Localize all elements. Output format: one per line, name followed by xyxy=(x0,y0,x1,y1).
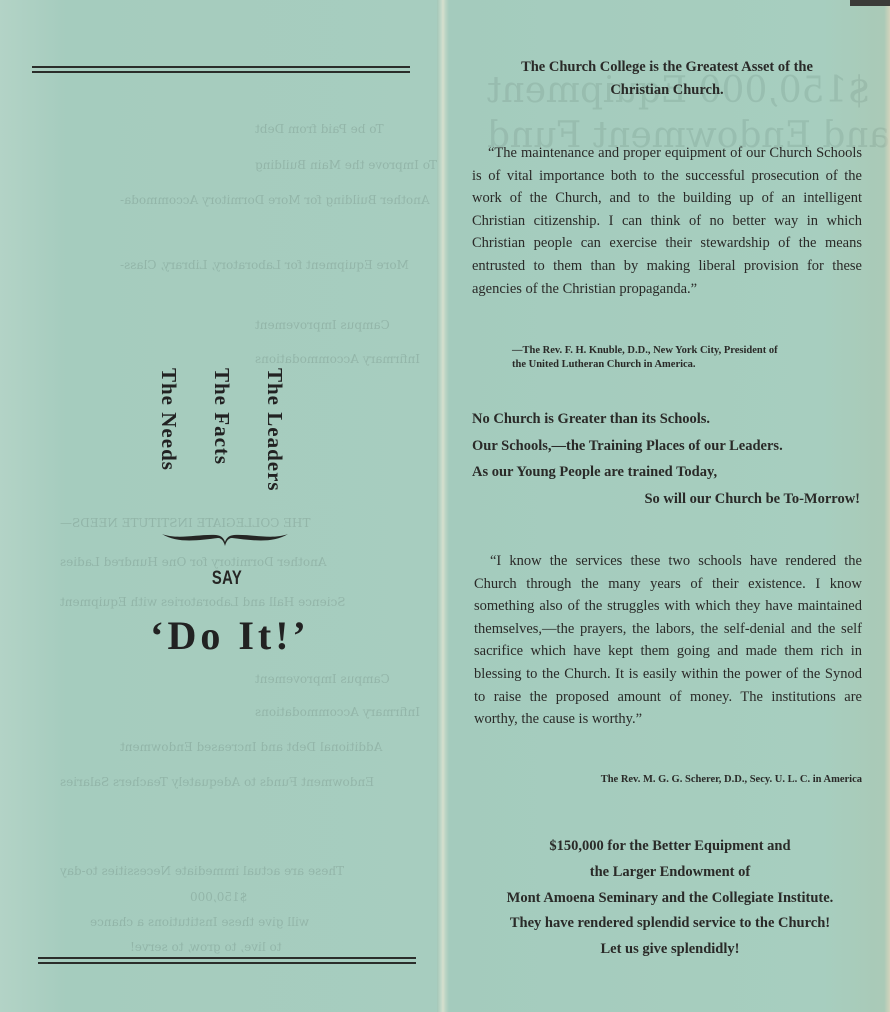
bleed-through-text: Another Dormitory for One Hundred Ladies xyxy=(60,555,327,569)
bleed-through-text: More Equipment for Laboratory, Library, … xyxy=(120,258,409,272)
creed-line: So will our Church be To-Morrow! xyxy=(472,486,862,513)
slogan-do-it: ‘Do It!’ xyxy=(120,612,340,659)
creed-line: Our Schools,—the Training Places of our … xyxy=(472,433,862,460)
bleed-through-text: Infirmary Accommodations xyxy=(255,705,420,719)
attribution-knuble-line-1: —The Rev. F. H. Knuble, D.D., New York C… xyxy=(512,344,862,358)
vertical-phrase-facts: The Facts xyxy=(209,368,234,465)
top-double-rule xyxy=(32,66,410,73)
bleed-through-text: These are actual immediate Necessities t… xyxy=(60,864,344,878)
appeal-block: $150,000 for the Better Equipment and th… xyxy=(474,834,866,963)
bleed-through-text: To be Paid from Debt xyxy=(255,122,384,136)
bottom-double-rule xyxy=(38,957,416,964)
bleed-through-text: Additional Debt and Increased Endowment xyxy=(120,740,382,754)
creed-line: No Church is Greater than its Schools. xyxy=(472,406,862,433)
vertical-phrase-leaders: The Leaders xyxy=(262,368,287,492)
scan-edge xyxy=(850,0,890,6)
attribution-knuble: —The Rev. F. H. Knuble, D.D., New York C… xyxy=(512,344,862,372)
quote-knuble: “The maintenance and proper equipment of… xyxy=(472,142,862,300)
phrase-needs: The Needs xyxy=(156,368,181,471)
phrase-facts: The Facts xyxy=(209,368,234,465)
bleed-through-text: THE COLLEGIATE INSTITUTE NEEDS— xyxy=(60,516,310,530)
say-label: SAY xyxy=(200,568,255,590)
appeal-line: the Larger Endowment of xyxy=(474,860,866,886)
creed-block: No Church is Greater than its Schools. O… xyxy=(472,406,862,512)
vertical-phrase-needs: The Needs xyxy=(156,368,181,471)
bleed-through-text: Endowment Funds to Adequately Teachers S… xyxy=(60,775,374,789)
bleed-through-text: Campus Improvement xyxy=(255,318,390,332)
left-panel: To be Paid from Debt To Improve the Main… xyxy=(0,0,440,1012)
curly-brace-icon xyxy=(160,530,290,552)
attribution-scherer: The Rev. M. G. G. Scherer, D.D., Secy. U… xyxy=(474,773,862,787)
creed-line: As our Young People are trained Today, xyxy=(472,459,862,486)
heading-line-1: The Church College is the Greatest Asset… xyxy=(472,56,862,79)
bleed-through-text: Another Building for More Dormitory Acco… xyxy=(120,193,430,207)
phrase-leaders: The Leaders xyxy=(262,368,287,492)
paper-edge xyxy=(884,0,890,1012)
bleed-through-text: to live, to grow, to serve! xyxy=(130,940,282,954)
bleed-through-text: To Improve the Main Building xyxy=(255,158,437,172)
heading-line-2: Christian Church. xyxy=(472,79,862,102)
attribution-knuble-line-2: the United Lutheran Church in America. xyxy=(512,358,862,372)
appeal-line: Let us give splendidly! xyxy=(474,937,866,963)
quote-scherer-text: “I know the services these two schools h… xyxy=(474,550,862,731)
bleed-through-text: Campus Improvement xyxy=(255,672,390,686)
center-fold xyxy=(437,0,449,1012)
appeal-line: They have rendered splendid service to t… xyxy=(474,911,866,937)
quote-knuble-text: “The maintenance and proper equipment of… xyxy=(472,142,862,300)
bleed-through-text: Infirmary Accommodations xyxy=(255,352,420,366)
bleed-through-text: will give these Institutions a chance xyxy=(90,915,309,929)
appeal-line: $150,000 for the Better Equipment and xyxy=(474,834,866,860)
bleed-through-text: Science Hall and Laboratories with Equip… xyxy=(60,595,346,609)
bleed-through-text: $150,000 xyxy=(190,890,247,904)
quote-scherer: “I know the services these two schools h… xyxy=(474,550,862,731)
page-heading: The Church College is the Greatest Asset… xyxy=(472,56,862,102)
brochure-sheet: To be Paid from Debt To Improve the Main… xyxy=(0,0,890,1012)
appeal-line: Mont Amoena Seminary and the Collegiate … xyxy=(474,886,866,912)
